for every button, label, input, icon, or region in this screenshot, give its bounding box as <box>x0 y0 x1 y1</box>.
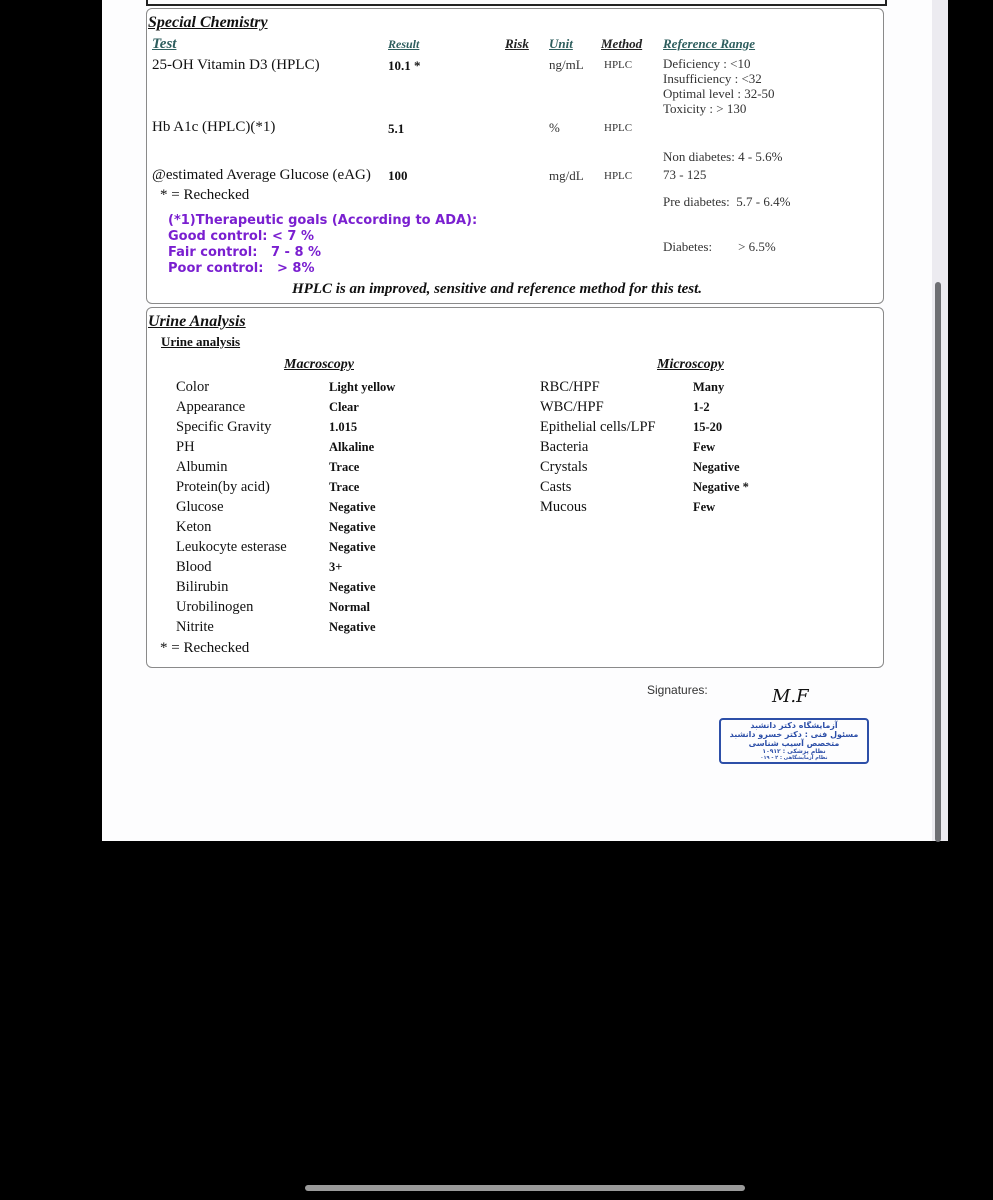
microscopy-value: Many <box>693 380 724 395</box>
reference-eag: 73 - 125 <box>663 167 706 183</box>
macroscopy-value: Negative <box>329 580 376 595</box>
unit-vitamin-d3: ng/mL <box>549 57 584 73</box>
macroscopy-value: Normal <box>329 600 370 615</box>
reference-line: Toxicity : > 130 <box>663 101 775 116</box>
microscopy-value: Negative * <box>693 480 749 495</box>
microscopy-title: Microscopy <box>657 357 724 373</box>
reference-hba1c: Non diabetes: 4 - 5.6% Pre diabetes: 5.7… <box>663 119 790 269</box>
macroscopy-value: Negative <box>329 500 376 515</box>
reference-line: Deficiency : <10 <box>663 56 775 71</box>
macroscopy-value: 3+ <box>329 560 342 575</box>
macroscopy-label: Appearance <box>176 399 245 416</box>
macroscopy-value: 1.015 <box>329 420 357 435</box>
macroscopy-label: Specific Gravity <box>176 419 271 436</box>
microscopy-label: Crystals <box>540 459 588 476</box>
special-chemistry-title: Special Chemistry <box>148 14 268 32</box>
header-test: Test <box>152 36 176 53</box>
unit-hba1c: % <box>549 120 560 136</box>
macroscopy-value: Light yellow <box>329 380 395 395</box>
macroscopy-label: Keton <box>176 519 211 536</box>
microscopy-label: RBC/HPF <box>540 379 600 396</box>
macroscopy-label: Color <box>176 379 209 396</box>
macroscopy-label: Protein(by acid) <box>176 479 270 496</box>
header-result: Result <box>388 37 419 52</box>
stamp-line: متخصص آسیب شناسی <box>721 739 867 748</box>
microscopy-label: WBC/HPF <box>540 399 604 416</box>
stamp-line: نظام پزشکی : ۱۰۹۱۲ <box>721 748 867 755</box>
stamp-line: آزمایشگاه دکتر دانشبد <box>721 721 867 730</box>
macroscopy-value: Trace <box>329 460 359 475</box>
urine-analysis-subtitle: Urine analysis <box>161 334 240 350</box>
macroscopy-label: Urobilinogen <box>176 599 253 616</box>
hplc-method-note: HPLC is an improved, sensitive and refer… <box>292 281 702 298</box>
rechecked-note-urine: * = Rechecked <box>160 640 249 657</box>
scrollbar-thumb[interactable] <box>935 282 941 842</box>
microscopy-label: Casts <box>540 479 571 496</box>
goal-fair: Fair control: 7 - 8 % <box>168 245 477 261</box>
microscopy-value: Few <box>693 500 715 515</box>
goal-poor: Poor control: > 8% <box>168 261 477 277</box>
microscopy-value: Negative <box>693 460 740 475</box>
lab-stamp: آزمایشگاه دکتر دانشبد مسئول فنی : دکتر خ… <box>719 718 869 764</box>
macroscopy-value: Negative <box>329 520 376 535</box>
microscopy-label: Epithelial cells/LPF <box>540 419 656 436</box>
macroscopy-label: Glucose <box>176 499 224 516</box>
result-eag: 100 <box>388 168 408 184</box>
urine-analysis-title: Urine Analysis <box>148 313 246 331</box>
goals-title: (*1)Therapeutic goals (According to ADA)… <box>168 213 477 229</box>
reference-line: Non diabetes: 4 - 5.6% <box>663 149 790 164</box>
macroscopy-value: Alkaline <box>329 440 374 455</box>
macroscopy-label: Nitrite <box>176 619 214 636</box>
goal-good: Good control: < 7 % <box>168 229 477 245</box>
therapeutic-goals: (*1)Therapeutic goals (According to ADA)… <box>168 213 477 277</box>
rechecked-note-chemistry: * = Rechecked <box>160 187 249 204</box>
macroscopy-title: Macroscopy <box>284 357 354 373</box>
header-reference-range: Reference Range <box>663 36 755 52</box>
header-method: Method <box>601 36 642 52</box>
macroscopy-label: Bilirubin <box>176 579 228 596</box>
microscopy-value: 1-2 <box>693 400 710 415</box>
stamp-line: نظام آزمایشگاهی : ۲ - ۰۱۹ <box>721 755 867 761</box>
header-unit: Unit <box>549 36 573 52</box>
macroscopy-value: Negative <box>329 540 376 555</box>
unit-eag: mg/dL <box>549 168 584 184</box>
method-vitamin-d3: HPLC <box>604 59 632 71</box>
reference-line: Optimal level : 32-50 <box>663 86 775 101</box>
result-hba1c: 5.1 <box>388 121 404 137</box>
microscopy-label: Mucous <box>540 499 587 516</box>
reference-vitamin-d3: Deficiency : <10 Insufficiency : <32 Opt… <box>663 56 775 116</box>
method-hba1c: HPLC <box>604 122 632 134</box>
signatures-label: Signatures: <box>647 683 708 697</box>
result-vitamin-d3: 10.1 * <box>388 58 421 74</box>
macroscopy-label: Blood <box>176 559 211 576</box>
macroscopy-label: Leukocyte esterase <box>176 539 287 556</box>
header-risk: Risk <box>505 36 529 52</box>
test-name-hba1c: Hb A1c (HPLC)(*1) <box>152 119 275 136</box>
macroscopy-label: Albumin <box>176 459 228 476</box>
signature-initials: M.F <box>772 686 809 707</box>
macroscopy-value: Trace <box>329 480 359 495</box>
reference-line: Insufficiency : <32 <box>663 71 775 86</box>
reference-line: Diabetes: > 6.5% <box>663 239 790 254</box>
macroscopy-value: Clear <box>329 400 359 415</box>
stamp-line: مسئول فنی : دکتر خسرو دانشبد <box>721 730 867 739</box>
macroscopy-value: Negative <box>329 620 376 635</box>
method-eag: HPLC <box>604 170 632 182</box>
microscopy-value: Few <box>693 440 715 455</box>
home-indicator[interactable] <box>305 1185 745 1191</box>
macroscopy-label: PH <box>176 439 195 456</box>
test-name-vitamin-d3: 25-OH Vitamin D3 (HPLC) <box>152 57 320 74</box>
test-name-eag: @estimated Average Glucose (eAG) <box>152 167 371 184</box>
microscopy-label: Bacteria <box>540 439 588 456</box>
microscopy-value: 15-20 <box>693 420 722 435</box>
reference-line: Pre diabetes: 5.7 - 6.4% <box>663 194 790 209</box>
previous-section-box <box>146 0 887 6</box>
